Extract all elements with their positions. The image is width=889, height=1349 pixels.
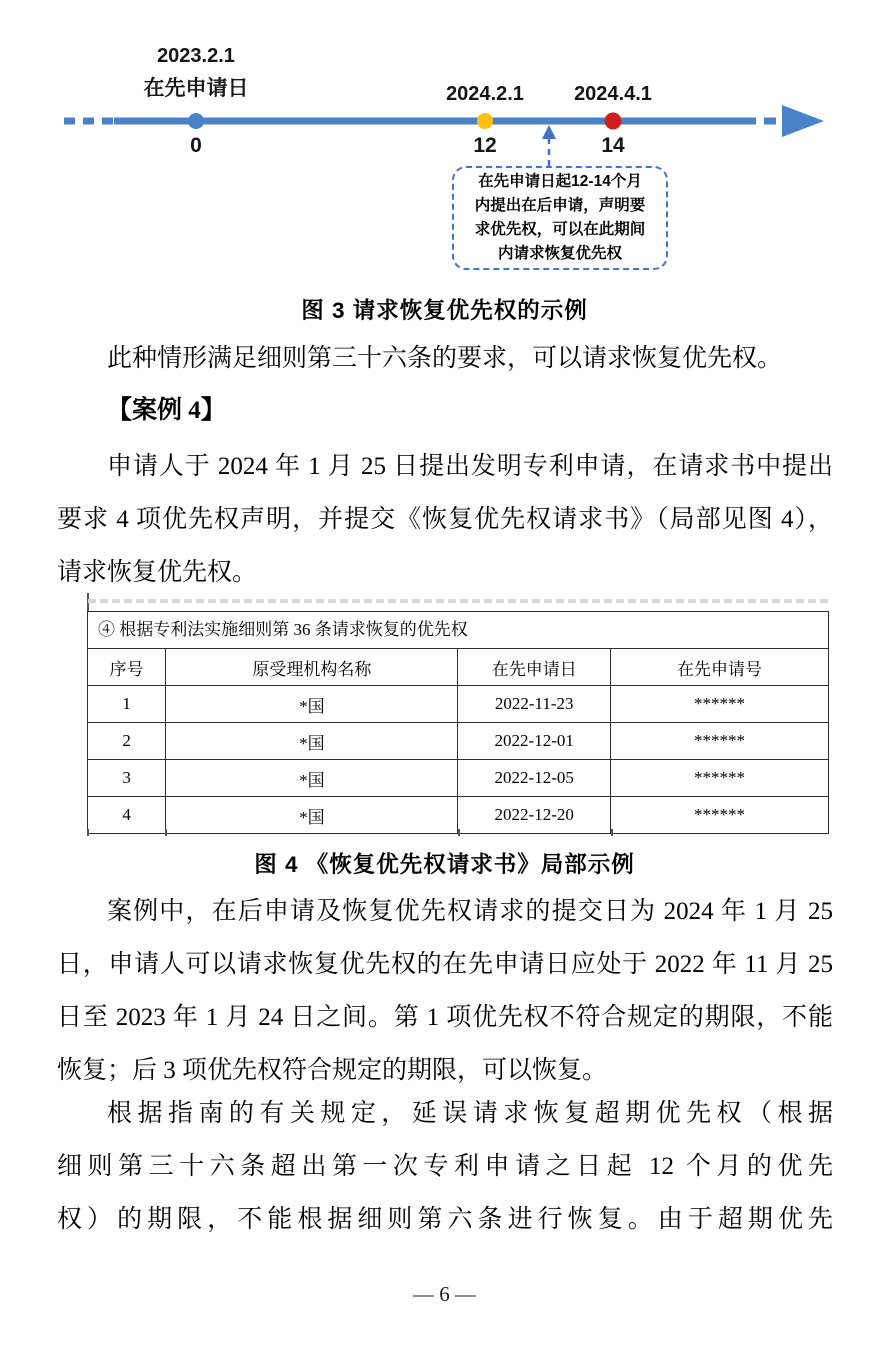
page-number: — 6 — <box>0 1282 889 1307</box>
timeline-date-2024-4-1: 2024.4.1 <box>533 83 693 106</box>
table-row: 2 *国 2022-12-01 ****** <box>88 723 828 760</box>
table-crop-remnant <box>611 829 613 836</box>
cell-office: *国 <box>166 686 458 723</box>
figure3-timeline: 2023.2.1 在先申请日 2024.2.1 2024.4.1 0 12 14… <box>0 35 889 293</box>
paragraph-conclusion-fig3: 此种情形满足细则第三十六条的要求，可以请求恢复优先权。 <box>57 332 833 385</box>
paragraph-case4-intro: 申请人于 2024 年 1 月 25 日提出发明专利申请，在请求书中提出 要求 … <box>57 440 833 599</box>
cell-seq: 1 <box>88 686 166 723</box>
cell-number: ****** <box>610 723 828 760</box>
text-line: 日至 2023 年 1 月 24 日之间。第 1 项优先权不符合规定的期限，不能 <box>57 991 833 1044</box>
priority-restore-table: 序号 原受理机构名称 在先申请日 在先申请号 1 *国 2022-11-23 *… <box>88 649 828 833</box>
text-line: 此种情形满足细则第三十六条的要求，可以请求恢复优先权。 <box>57 332 833 385</box>
cell-date: 2022-11-23 <box>458 686 610 723</box>
cell-office: *国 <box>166 797 458 834</box>
cell-number: ****** <box>610 797 828 834</box>
col-header-number: 在先申请号 <box>610 649 828 686</box>
cell-seq: 3 <box>88 760 166 797</box>
text-line: 细则第三十六条超出第一次专利申请之日起 12 个月的优先 <box>57 1140 833 1193</box>
milestone-dot-14 <box>605 113 622 130</box>
timeline-label-prior-filing-date: 在先申请日 <box>116 72 276 102</box>
timeline-month-14: 14 <box>563 134 663 158</box>
arrow-right-icon <box>782 105 824 137</box>
callout-line: 求优先权，可以在此期间 <box>475 218 646 242</box>
col-header-office: 原受理机构名称 <box>166 649 458 686</box>
col-header-date: 在先申请日 <box>458 649 610 686</box>
table-row: 1 *国 2022-11-23 ****** <box>88 686 828 723</box>
text-line: 根据指南的有关规定，延误请求恢复超期优先权（根据 <box>57 1087 833 1140</box>
cell-date: 2022-12-20 <box>458 797 610 834</box>
paragraph-guideline-rule: 根据指南的有关规定，延误请求恢复超期优先权（根据 细则第三十六条超出第一次专利申… <box>57 1087 833 1246</box>
document-page: 2023.2.1 在先申请日 2024.2.1 2024.4.1 0 12 14… <box>0 0 889 1349</box>
cell-seq: 2 <box>88 723 166 760</box>
figure4-table: ④ 根据专利法实施细则第 36 条请求恢复的优先权 序号 原受理机构名称 在先申… <box>87 611 829 834</box>
paragraph-case4-analysis: 案例中，在后申请及恢复优先权请求的提交日为 2024 年 1 月 25 日，申请… <box>57 885 833 1097</box>
cell-seq: 4 <box>88 797 166 834</box>
table-row: 3 *国 2022-12-05 ****** <box>88 760 828 797</box>
timeline-month-12: 12 <box>435 134 535 158</box>
table-title: ④ 根据专利法实施细则第 36 条请求恢复的优先权 <box>88 612 828 649</box>
callout-line: 内请求恢复优先权 <box>498 242 622 266</box>
table-header-row: 序号 原受理机构名称 在先申请日 在先申请号 <box>88 649 828 686</box>
case4-heading: 【案例 4】 <box>57 384 833 437</box>
timeline-callout-box: 在先申请日起12-14个月 内提出在后申请，声明要 求优先权，可以在此期间 内请… <box>452 166 668 270</box>
figure3-caption: 图 3 请求恢复优先权的示例 <box>0 293 889 325</box>
text-line: 案例中，在后申请及恢复优先权请求的提交日为 2024 年 1 月 25 <box>57 885 833 938</box>
col-header-seq: 序号 <box>88 649 166 686</box>
cell-date: 2022-12-01 <box>458 723 610 760</box>
table-crop-remnant <box>87 829 89 836</box>
text-line: 要求 4 项优先权声明，并提交《恢复优先权请求书》（局部见图 4）， <box>57 493 833 546</box>
table-row: 4 *国 2022-12-20 ****** <box>88 797 828 834</box>
milestone-dot-0 <box>188 113 204 129</box>
cell-office: *国 <box>166 760 458 797</box>
text-line: 申请人于 2024 年 1 月 25 日提出发明专利申请，在请求书中提出 <box>57 440 833 493</box>
timeline-date-2023-2-1: 2023.2.1 <box>116 45 276 68</box>
table-crop-remnant <box>458 829 460 836</box>
callout-line: 在先申请日起12-14个月 <box>478 170 642 194</box>
text-line: 请求恢复优先权。 <box>57 546 833 599</box>
table-crop-remnant <box>88 599 828 603</box>
figure4-caption: 图 4 《恢复优先权请求书》局部示例 <box>0 847 889 879</box>
arrow-up-icon <box>542 125 556 139</box>
text-line: 权）的期限，不能根据细则第六条进行恢复。由于超期优先 <box>57 1193 833 1246</box>
cell-number: ****** <box>610 760 828 797</box>
cell-number: ****** <box>610 686 828 723</box>
milestone-dot-12 <box>477 113 493 129</box>
cell-office: *国 <box>166 723 458 760</box>
table-crop-remnant <box>165 829 167 836</box>
text-line: 【案例 4】 <box>57 384 833 437</box>
cell-date: 2022-12-05 <box>458 760 610 797</box>
timeline-month-0: 0 <box>146 134 246 158</box>
callout-line: 内提出在后申请，声明要 <box>475 194 646 218</box>
text-line: 日，申请人可以请求恢复优先权的在先申请日应处于 2022 年 11 月 25 <box>57 938 833 991</box>
